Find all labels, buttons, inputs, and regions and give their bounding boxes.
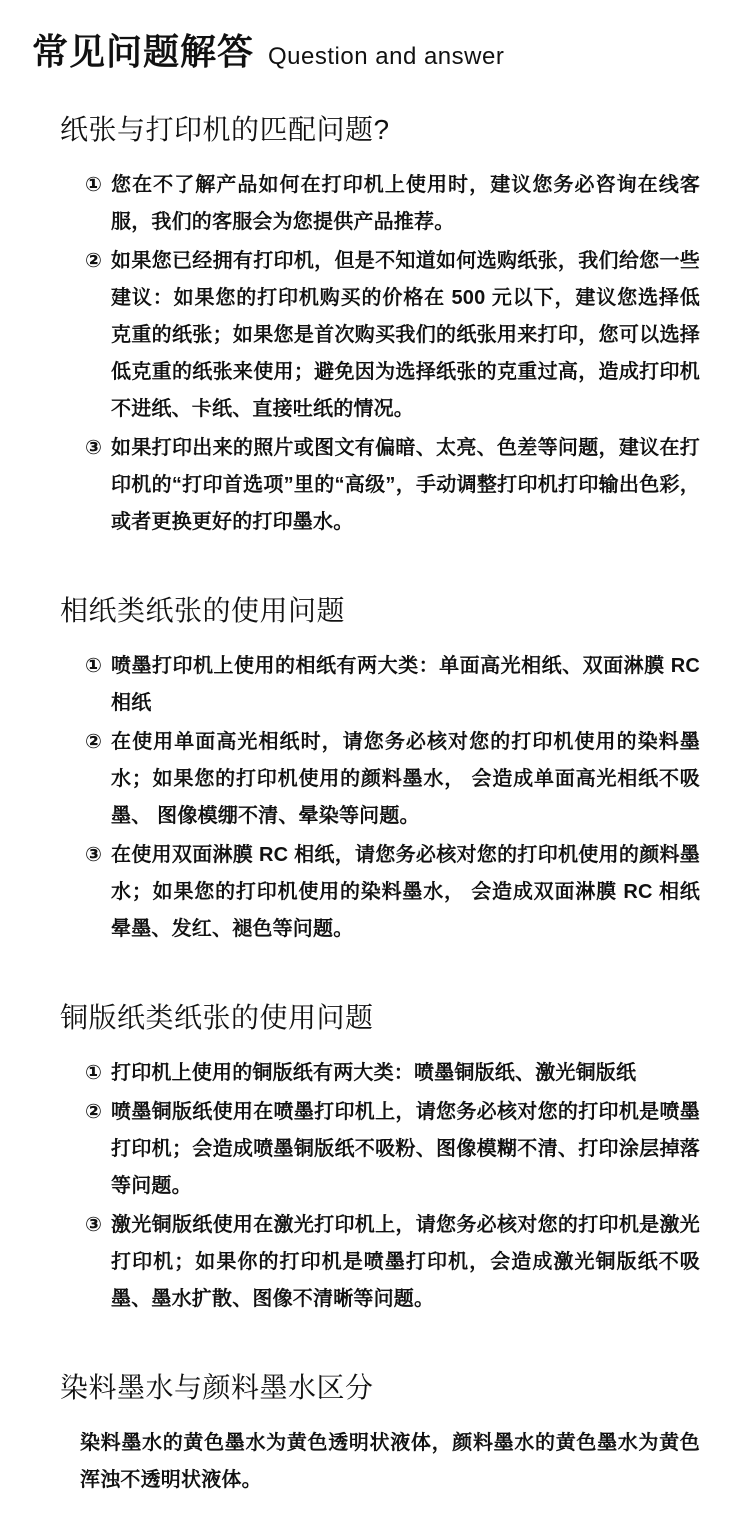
- item-marker: ③: [85, 837, 111, 874]
- item-text: 喷墨铜版纸使用在喷墨打印机上，请您务必核对您的打印机是喷墨打印机；会造成喷墨铜版…: [111, 1094, 700, 1205]
- faq-item: ② 如果您已经拥有打印机，但是不知道如何选购纸张，我们给您一些建议：如果您的打印…: [85, 243, 700, 428]
- section-photo-paper-usage: 相纸类纸张的使用问题 ① 喷墨打印机上使用的相纸有两大类：单面高光相纸、双面淋膜…: [30, 593, 700, 948]
- faq-item: ② 在使用单面高光相纸时，请您务必核对您的打印机使用的染料墨水；如果您的打印机使…: [85, 724, 700, 835]
- faq-list: ① 打印机上使用的铜版纸有两大类：喷墨铜版纸、激光铜版纸 ② 喷墨铜版纸使用在喷…: [60, 1055, 700, 1318]
- section-heading: 铜版纸类纸张的使用问题: [60, 1000, 700, 1035]
- item-text: 激光铜版纸使用在激光打印机上，请您务必核对您的打印机是激光打印机；如果你的打印机…: [111, 1207, 700, 1318]
- page-title: 常见问题解答 Question and answer: [30, 32, 700, 72]
- section-heading: 相纸类纸张的使用问题: [60, 593, 700, 628]
- page-title-zh: 常见问题解答: [32, 32, 254, 72]
- item-text: 打印机上使用的铜版纸有两大类：喷墨铜版纸、激光铜版纸: [111, 1055, 700, 1092]
- section-paragraph: 染料墨水的黄色墨水为黄色透明状液体，颜料墨水的黄色墨水为黄色浑浊不透明状液体。: [60, 1425, 700, 1499]
- faq-item: ① 打印机上使用的铜版纸有两大类：喷墨铜版纸、激光铜版纸: [85, 1055, 700, 1092]
- item-marker: ②: [85, 724, 111, 761]
- faq-item: ① 喷墨打印机上使用的相纸有两大类：单面高光相纸、双面淋膜 RC 相纸: [85, 648, 700, 722]
- item-marker: ③: [85, 430, 111, 467]
- item-text: 如果打印出来的照片或图文有偏暗、太亮、色差等问题，建议在打印机的“打印首选项”里…: [111, 430, 700, 541]
- faq-item: ③ 在使用双面淋膜 RC 相纸，请您务必核对您的打印机使用的颜料墨水；如果您的打…: [85, 837, 700, 948]
- item-text: 您在不了解产品如何在打印机上使用时，建议您务必咨询在线客服，我们的客服会为您提供…: [111, 167, 700, 241]
- item-text: 如果您已经拥有打印机，但是不知道如何选购纸张，我们给您一些建议：如果您的打印机购…: [111, 243, 700, 428]
- section-coated-paper-usage: 铜版纸类纸张的使用问题 ① 打印机上使用的铜版纸有两大类：喷墨铜版纸、激光铜版纸…: [30, 1000, 700, 1318]
- section-heading: 纸张与打印机的匹配问题?: [60, 112, 700, 147]
- item-marker: ①: [85, 167, 111, 204]
- section-paper-printer-matching: 纸张与打印机的匹配问题? ① 您在不了解产品如何在打印机上使用时，建议您务必咨询…: [30, 112, 700, 541]
- faq-item: ③ 激光铜版纸使用在激光打印机上，请您务必核对您的打印机是激光打印机；如果你的打…: [85, 1207, 700, 1318]
- section-heading: 染料墨水与颜料墨水区分: [60, 1370, 700, 1405]
- item-text: 在使用双面淋膜 RC 相纸，请您务必核对您的打印机使用的颜料墨水；如果您的打印机…: [111, 837, 700, 948]
- item-text: 在使用单面高光相纸时，请您务必核对您的打印机使用的染料墨水；如果您的打印机使用的…: [111, 724, 700, 835]
- item-marker: ①: [85, 1055, 111, 1092]
- item-text: 喷墨打印机上使用的相纸有两大类：单面高光相纸、双面淋膜 RC 相纸: [111, 648, 700, 722]
- faq-page: 常见问题解答 Question and answer 纸张与打印机的匹配问题? …: [0, 0, 750, 1539]
- item-marker: ③: [85, 1207, 111, 1244]
- item-marker: ②: [85, 243, 111, 280]
- item-marker: ①: [85, 648, 111, 685]
- faq-list: ① 您在不了解产品如何在打印机上使用时，建议您务必咨询在线客服，我们的客服会为您…: [60, 167, 700, 541]
- faq-item: ③ 如果打印出来的照片或图文有偏暗、太亮、色差等问题，建议在打印机的“打印首选项…: [85, 430, 700, 541]
- faq-item: ① 您在不了解产品如何在打印机上使用时，建议您务必咨询在线客服，我们的客服会为您…: [85, 167, 700, 241]
- section-dye-vs-pigment-ink: 染料墨水与颜料墨水区分 染料墨水的黄色墨水为黄色透明状液体，颜料墨水的黄色墨水为…: [30, 1370, 700, 1499]
- item-marker: ②: [85, 1094, 111, 1131]
- page-title-en: Question and answer: [268, 43, 504, 71]
- faq-list: ① 喷墨打印机上使用的相纸有两大类：单面高光相纸、双面淋膜 RC 相纸 ② 在使…: [60, 648, 700, 948]
- faq-item: ② 喷墨铜版纸使用在喷墨打印机上，请您务必核对您的打印机是喷墨打印机；会造成喷墨…: [85, 1094, 700, 1205]
